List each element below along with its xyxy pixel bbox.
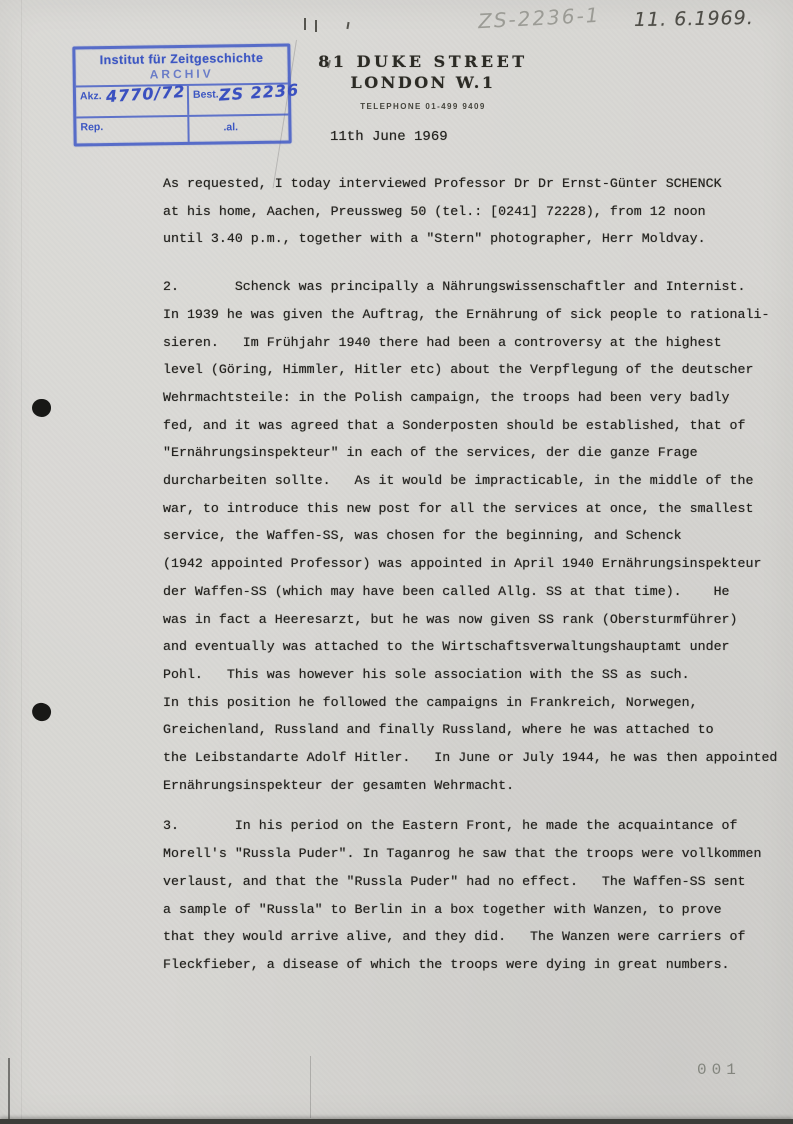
scan-edge-artifact: [0, 1119, 793, 1124]
text-line: Pohl. This was however his sole associat…: [163, 661, 777, 689]
text-line: 2. Schenck was principally a Nährungswis…: [163, 273, 777, 301]
stamp-field-akz: Akz. 4770/72: [76, 86, 189, 117]
archive-stamp-title: Institut für Zeitgeschichte: [77, 51, 285, 68]
text-line: As requested, I today interviewed Profes…: [163, 170, 777, 198]
stamp-field-al: .al.: [189, 116, 288, 142]
letterhead-telephone: TELEPHONE 01-499 9409: [308, 102, 538, 111]
stray-mark: [346, 22, 349, 29]
archive-stamp-row: Akz. 4770/72 Best. ZS 2236: [76, 85, 288, 119]
text-line: level (Göring, Himmler, Hitler etc) abou…: [163, 356, 777, 384]
stamp-field-best-label: Best.: [193, 88, 219, 100]
stamp-field-best-value: ZS 2236: [218, 80, 299, 104]
text-line: Ernährungsinspekteur der gesamten Wehrma…: [163, 772, 777, 800]
stray-mark: [315, 20, 317, 32]
text-line: the Leibstandarte Adolf Hitler. In June …: [163, 744, 777, 772]
text-line: (1942 appointed Professor) was appointed…: [163, 550, 777, 578]
hole-punch: [32, 399, 51, 417]
text-line: verlaust, and that the "Russla Puder" ha…: [163, 868, 777, 896]
letterhead: 81 DUKE STREET LONDON W.1 TELEPHONE 01-4…: [308, 52, 538, 111]
archive-stamp-row: Rep. .al.: [76, 116, 288, 144]
paragraph: 2. Schenck was principally a Nährungswis…: [163, 273, 777, 799]
text-line: Greichenland, Russland and finally Russl…: [163, 716, 777, 744]
paper-crease: [21, 0, 22, 1124]
text-line: at his home, Aachen, Preussweg 50 (tel.:…: [163, 198, 777, 226]
stamp-field-akz-value: 4770/72: [105, 82, 186, 106]
handwritten-date: 11. 6.1969.: [634, 7, 754, 31]
text-line: Wehrmachtsteile: in the Polish campaign,…: [163, 384, 777, 412]
text-line: Fleckfieber, a disease of which the troo…: [163, 951, 777, 979]
text-line: until 3.40 p.m., together with a "Stern"…: [163, 225, 777, 253]
text-line: fed, and it was agreed that a Sonderpost…: [163, 412, 777, 440]
document-date: 11th June 1969: [330, 129, 448, 145]
text-line: war, to introduce this new post for all …: [163, 495, 777, 523]
text-line: a sample of "Russla" to Berlin in a box …: [163, 896, 777, 924]
text-line: In this position he followed the campaig…: [163, 689, 777, 717]
text-line: that they would arrive alive, and they d…: [163, 923, 777, 951]
stamp-field-best: Best. ZS 2236: [189, 85, 288, 115]
stamp-field-rep-label: Rep.: [80, 121, 103, 133]
text-line: durcharbeiten sollte. As it would be imp…: [163, 467, 777, 495]
stamp-field-akz-label: Akz.: [80, 90, 102, 102]
document-body: As requested, I today interviewed Profes…: [163, 170, 777, 979]
text-line: der Waffen-SS (which may have been calle…: [163, 578, 777, 606]
scan-edge-artifact: [8, 1058, 10, 1120]
archive-stamp: Institut für Zeitgeschichte ARCHIV Akz. …: [72, 43, 291, 146]
text-line: 3. In his period on the Eastern Front, h…: [163, 812, 777, 840]
text-line: In 1939 he was given the Auftrag, the Er…: [163, 301, 777, 329]
document-page: ZS-2236-1 11. 6.1969. Institut für Zeitg…: [0, 0, 793, 1124]
text-line: service, the Waffen-SS, was chosen for t…: [163, 522, 777, 550]
paragraph: 3. In his period on the Eastern Front, h…: [163, 812, 777, 978]
text-line: was in fact a Heeresarzt, but he was now…: [163, 606, 777, 634]
letterhead-address-line1: 81 DUKE STREET: [308, 52, 538, 71]
paragraph: As requested, I today interviewed Profes…: [163, 170, 777, 253]
text-line: sieren. Im Frühjahr 1940 there had been …: [163, 329, 777, 357]
page-number: 001: [697, 1061, 741, 1079]
stamp-field-rep: Rep.: [76, 117, 189, 144]
handwritten-archive-ref: ZS-2236-1: [477, 3, 601, 33]
letterhead-address-line2: LONDON W.1: [308, 73, 538, 92]
stray-mark: [304, 18, 306, 30]
text-line: "Ernährungsinspekteur" in each of the se…: [163, 439, 777, 467]
archive-stamp-subtitle: ARCHIV: [78, 66, 286, 83]
text-line: Morell's "Russla Puder". In Taganrog he …: [163, 840, 777, 868]
hole-punch: [29, 700, 53, 723]
stamp-field-al-label: .al.: [223, 121, 238, 133]
text-line: and eventually was attached to the Wirts…: [163, 633, 777, 661]
paper-crease: [310, 1056, 311, 1118]
